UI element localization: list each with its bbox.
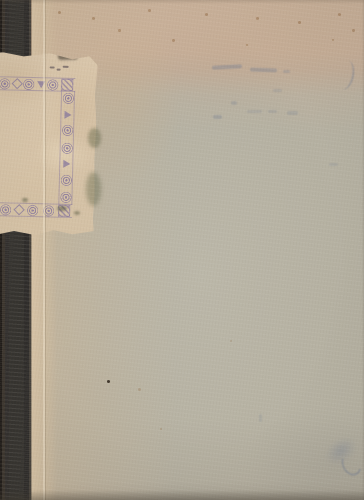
chevron-ornament-icon: [64, 110, 71, 118]
ornament-border-right: [58, 91, 75, 205]
ink-smudge: [259, 414, 262, 422]
ink-smudge: [273, 89, 282, 92]
foxing-speck: [338, 13, 341, 16]
chevron-ornament-icon: [63, 160, 70, 168]
hatched-corner-ornament-icon: [61, 79, 73, 91]
ink-smudge: [213, 115, 222, 119]
ink-smudge: [329, 163, 338, 166]
foxing-speck: [160, 428, 162, 430]
bottom-edge-shadow: [0, 490, 364, 500]
cover-crease-shadow: [45, 0, 46, 500]
rosette-ornament-icon: [0, 204, 11, 215]
dirt-smudge: [58, 52, 78, 61]
ink-smudge: [250, 68, 277, 73]
pasted-label: [0, 52, 98, 237]
foxing-speck: [352, 29, 355, 32]
rosette-ornament-icon: [27, 204, 38, 215]
foxing-speck: [92, 17, 95, 20]
foxing-speck: [298, 21, 301, 24]
ornament-border-top: [0, 76, 75, 92]
foxing-speck: [230, 340, 232, 342]
tiny-print-mark: [57, 69, 61, 71]
foxing-speck: [58, 11, 61, 14]
ink-pen-curve: [333, 58, 357, 91]
rosette-ornament-icon: [61, 142, 72, 153]
tiny-print-mark: [63, 66, 69, 68]
foxing-speck: [118, 29, 121, 32]
glue-stain: [86, 172, 101, 206]
rosette-ornament-icon: [62, 93, 73, 104]
foxing-speck: [256, 17, 259, 20]
ink-smudge: [268, 110, 277, 113]
dark-speck: [107, 380, 110, 383]
ornament-frame: [0, 76, 75, 218]
glue-stain: [22, 198, 28, 202]
glue-stain: [57, 206, 67, 211]
ink-smudge: [231, 101, 237, 105]
diamond-ornament-icon: [13, 204, 24, 215]
book-cover-photo: [0, 0, 364, 500]
foxing-speck: [138, 388, 141, 391]
foxing-speck: [172, 39, 175, 42]
ink-smudge: [287, 111, 298, 115]
foxing-speck: [332, 39, 334, 41]
ink-smudge: [247, 110, 262, 113]
rosette-ornament-icon: [61, 125, 72, 136]
top-edge-shadow: [0, 0, 364, 4]
rosette-ornament-icon: [60, 192, 71, 203]
ink-smudge: [212, 64, 242, 70]
diamond-ornament-icon: [11, 78, 22, 89]
rosette-ornament-icon: [23, 78, 34, 89]
rosette-ornament-icon: [47, 79, 58, 90]
glue-stain: [88, 128, 101, 148]
foxing-speck: [205, 13, 208, 16]
tiny-print-mark: [50, 66, 55, 68]
rosette-ornament-icon: [60, 174, 71, 185]
glue-stain: [74, 211, 80, 215]
rosette-ornament-icon: [0, 78, 10, 89]
foxing-speck: [246, 44, 248, 46]
foxing-speck: [148, 9, 151, 12]
ink-smudge: [283, 70, 290, 73]
